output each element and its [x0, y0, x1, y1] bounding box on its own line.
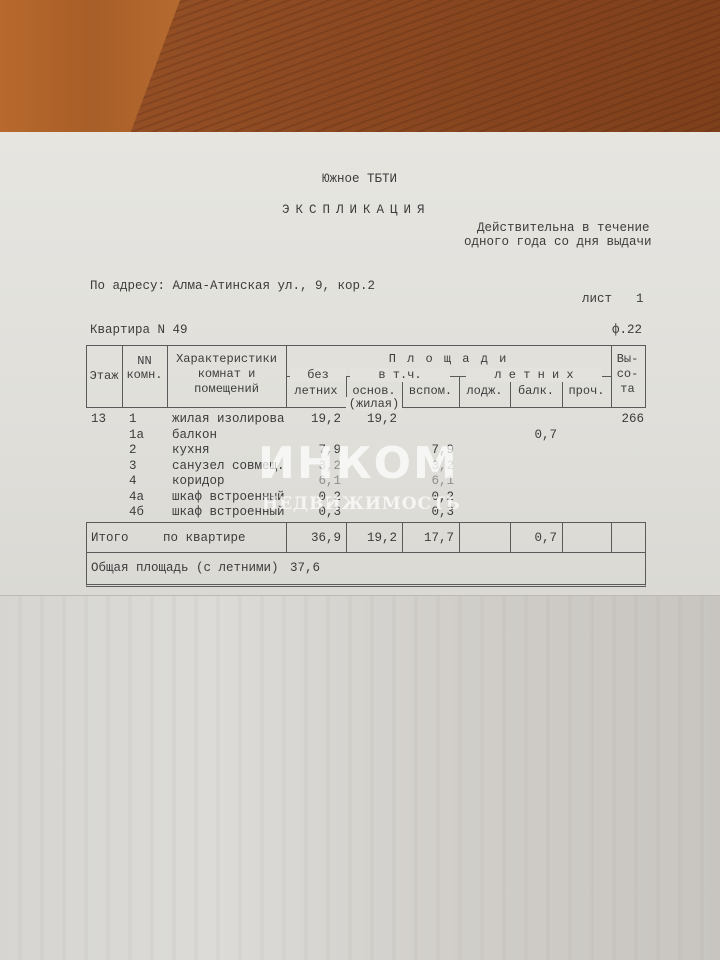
totals-balcony: 0,7 — [510, 531, 557, 545]
cell-name: коридор — [172, 474, 225, 488]
header-height: Вы- — [611, 352, 644, 366]
cell-no: 4а — [129, 490, 144, 504]
sheet-label: лист — [582, 292, 612, 306]
cell-aux: 0,3 — [402, 505, 454, 519]
header-floor: Этаж — [86, 369, 122, 383]
totals-without-summer: 36,9 — [286, 531, 341, 545]
cell-without-summer: 19,2 — [286, 412, 341, 426]
header-height-3: та — [611, 382, 644, 396]
cell-no: 4 — [129, 474, 137, 488]
divider — [87, 552, 645, 553]
validity-line-1: Действительна в течение — [477, 221, 650, 235]
totals-aux: 17,7 — [402, 531, 454, 545]
cell-name: шкаф встроенный — [172, 505, 285, 519]
organization-name: Южное ТБТИ — [322, 172, 397, 186]
header-summer: л е т н и х — [466, 368, 602, 382]
form-number: ф.22 — [612, 323, 642, 337]
cell-aux: 7,9 — [402, 443, 454, 457]
divider — [459, 523, 460, 552]
cell-name: шкаф встроенный — [172, 490, 285, 504]
cell-no: 3 — [129, 459, 137, 473]
cell-name: балкон — [172, 428, 217, 442]
cell-without-summer: 3,2 — [286, 459, 341, 473]
header-main-living: (жилая) — [346, 397, 402, 411]
cell-name: кухня — [172, 443, 210, 457]
cell-without-summer: 0,2 — [286, 490, 341, 504]
header-height-2: со- — [611, 367, 644, 381]
validity-line-2: одного года со дня выдачи — [464, 235, 652, 249]
cell-aux: 6,1 — [402, 474, 454, 488]
divider — [611, 523, 612, 552]
header-without-summer: летних — [286, 384, 346, 398]
cell-without-summer: 7,9 — [286, 443, 341, 457]
cell-aux: 3,2 — [402, 459, 454, 473]
header-balcony: балк. — [510, 384, 562, 398]
header-characteristics-3: помещений — [167, 382, 286, 396]
header-including: в т.ч. — [350, 368, 450, 382]
cell-no: 1 — [129, 412, 137, 426]
totals-main: 19,2 — [346, 531, 397, 545]
apartment-number: Квартира N 49 — [90, 323, 188, 337]
header-main: основ. — [346, 384, 402, 398]
header-loggia: лодж. — [459, 384, 510, 398]
cell-no: 1а — [129, 428, 144, 442]
cell-balcony: 0,7 — [510, 428, 557, 442]
sheet-number: 1 — [636, 292, 644, 306]
header-areas: П л о щ а д и — [286, 352, 611, 366]
cell-aux: 0,2 — [402, 490, 454, 504]
header-characteristics-2: комнат и — [167, 367, 286, 381]
total-area-value: 37,6 — [290, 561, 320, 575]
header-room-no: NN — [122, 354, 167, 368]
cell-floor: 13 — [91, 412, 106, 426]
cell-main: 19,2 — [346, 412, 397, 426]
header-room-no-2: комн. — [122, 368, 167, 382]
header-characteristics: Характеристики — [167, 352, 286, 366]
totals-label-2: по квартире — [163, 531, 246, 545]
cell-without-summer: 6,1 — [286, 474, 341, 488]
total-area-label: Общая площадь (с летними) — [91, 561, 279, 575]
cell-height: 266 — [611, 412, 644, 426]
cell-name: санузел совмещ. — [172, 459, 285, 473]
divider — [562, 523, 563, 552]
cell-no: 2 — [129, 443, 137, 457]
cell-name: жилая изолирова — [172, 412, 285, 426]
header-auxiliary: вспом. — [402, 384, 459, 398]
document-title: ЭКСПЛИКАЦИЯ — [282, 203, 431, 217]
header-without: без — [290, 368, 346, 382]
totals-label: Итого — [91, 531, 129, 545]
cell-no: 4б — [129, 505, 144, 519]
second-sheet — [0, 595, 720, 960]
cell-without-summer: 0,3 — [286, 505, 341, 519]
address: По адресу: Алма-Атинская ул., 9, кор.2 — [90, 279, 375, 293]
header-other: проч. — [562, 384, 611, 398]
